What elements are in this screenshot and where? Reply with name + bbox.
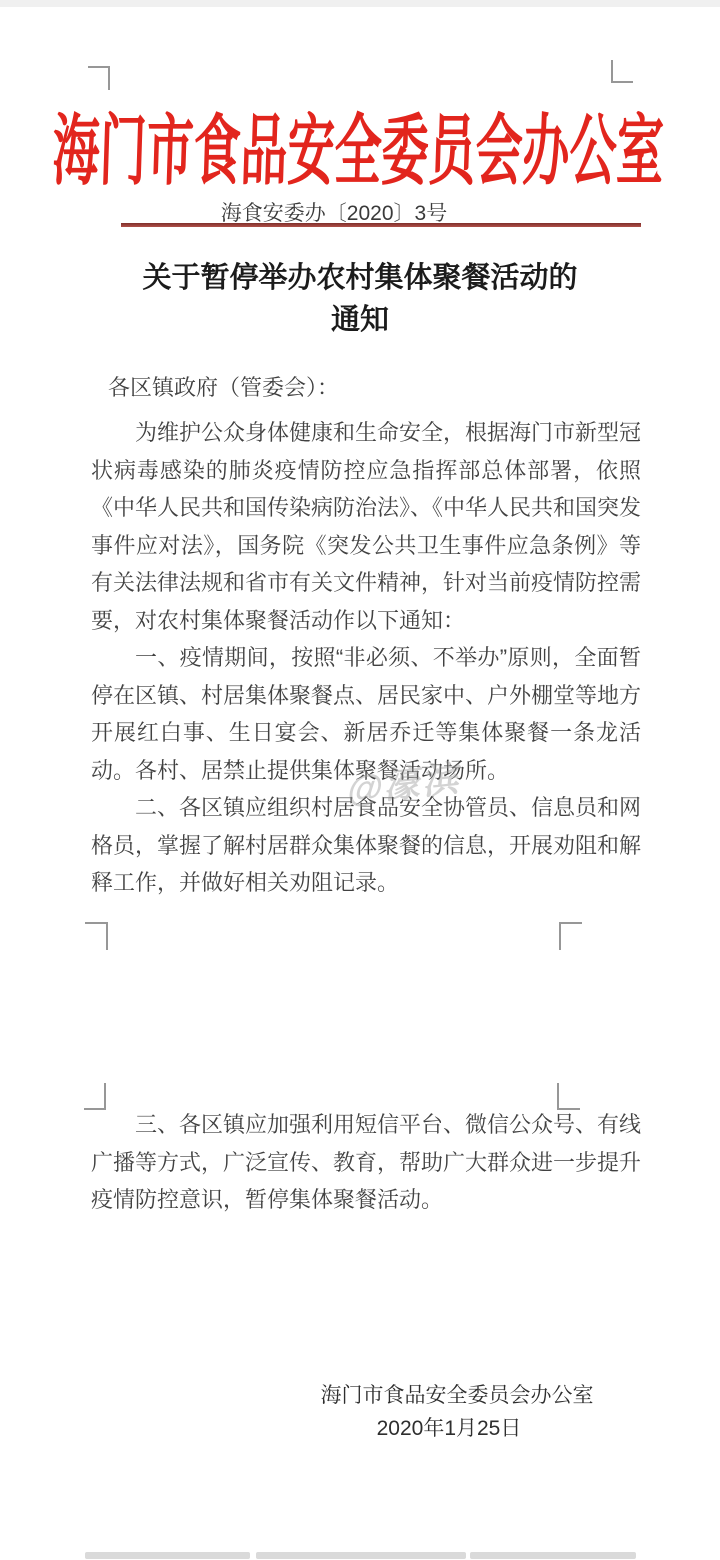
notice-paragraph-item1: 一、疫情期间，按照“非必须、不举办”原则，全面暂停在区镇、村居集体聚餐点、居民家… (91, 639, 641, 789)
notice-title: 关于暂停举办农村集体聚餐活动的 通知 (0, 257, 720, 341)
notice-paragraph-item3: 三、各区镇应加强利用短信平台、微信公众号、有线广播等方式，广泛宣传、教育，帮助广… (91, 1106, 641, 1219)
next-page-edge-bar-1 (85, 1552, 250, 1559)
signature-organization: 海门市食品安全委员会办公室 (97, 1379, 720, 1409)
next-page-edge-bar-2 (256, 1552, 466, 1559)
notice-body-page1: 为维护公众身体健康和生命安全，根据海门市新型冠状病毒感染的肺炎疫情防控应急指挥部… (91, 414, 641, 902)
photo-top-edge (0, 0, 720, 7)
issuing-org-header: 海门市食品安全委员会办公室 (0, 90, 720, 201)
notice-title-line2: 通知 (0, 299, 720, 341)
crop-mark-page1-bottom-left-icon (85, 922, 108, 950)
official-notice-page: 海门市食品安全委员会办公室 海食安委办〔2020〕3号 关于暂停举办农村集体聚餐… (0, 0, 720, 1560)
notice-body-page2: 三、各区镇应加强利用短信平台、微信公众号、有线广播等方式，广泛宣传、教育，帮助广… (91, 1106, 641, 1219)
red-divider-line (121, 223, 641, 227)
notice-paragraph-intro: 为维护公众身体健康和生命安全，根据海门市新型冠状病毒感染的肺炎疫情防控应急指挥部… (91, 414, 641, 639)
signature-date: 2020年1月25日 (89, 1412, 720, 1442)
crop-mark-top-right-icon (611, 60, 633, 83)
salutation: 各区镇政府（管委会）： (108, 371, 339, 402)
notice-paragraph-item2: 二、各区镇应组织村居食品安全协管员、信息员和网格员，掌握了解村居群众集体聚餐的信… (91, 789, 641, 902)
crop-mark-top-left-icon (88, 66, 110, 90)
notice-title-line1: 关于暂停举办农村集体聚餐活动的 (0, 257, 720, 299)
crop-mark-page1-bottom-right-icon (559, 922, 582, 950)
next-page-edge-bar-3 (470, 1552, 636, 1559)
